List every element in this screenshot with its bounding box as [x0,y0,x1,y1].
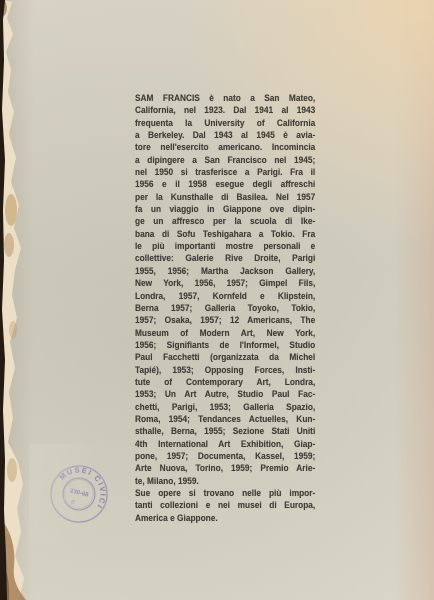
bio-line: ge un affresco per la scuola di Ike- [135,216,315,228]
bio-line: chetti, Parigi, 1953; Galleria Spazio, [135,402,315,414]
bio-line: tore nell'esercito americano. Incomincia [135,142,315,154]
bio-line: nel 1950 si trasferisce a Parigi. Fra il [135,167,315,179]
bio-line: le più importanti mostre personali e [135,241,315,253]
bio-line: fa un viaggio in Giappone ove dipin- [135,204,315,216]
bio-line: pone, 1957; Documenta, Kassel, 1959; [135,451,315,463]
bio-line: 1953; Un Art Autre, Studio Paul Fac- [135,389,315,401]
stain-blotch [5,194,17,226]
bio-line: tanti collezioni e nei musei di Europa, [135,500,315,512]
bio-line: Berna 1957; Galleria Toyoko, Tokio, [135,303,315,315]
bio-line: Paul Facchetti (organizzata da Michel [135,352,315,364]
torn-paper-edge [0,0,48,600]
bio-line: a Berkeley. Dal 1943 al 1945 è avia- [135,130,315,142]
bio-line: SAM FRANCIS è nato a San Mateo, [135,93,315,105]
bio-line: 1955, 1956; Martha Jackson Gallery, [135,266,315,278]
biography-text-block: SAM FRANCIS è nato a San Mateo, Californ… [135,93,315,525]
bio-line: Sue opere si trovano nelle più impor- [135,488,315,500]
bio-line: frequenta la University of California [135,118,315,130]
bio-line: 1956 e il 1958 esegue degli affreschi [135,179,315,191]
bio-line: Londra, 1957, Kornfeld e Klipstein, [135,291,315,303]
bio-line: Arte Nuova, Torino, 1959; Premio Arie- [135,463,315,475]
bio-line: a dipingere a San Francisco nel 1945; [135,155,315,167]
bio-line: tute of Contemporary Art, Londra, [135,377,315,389]
bio-line: bana di Sofu Teshigahara a Tokio. Fra [135,229,315,241]
bio-line: per la Kunsthalle di Basilea. Nel 1957 [135,192,315,204]
bio-line: collettive: Galerie Rive Droite, Parigi [135,253,315,265]
stain-blotch [7,458,17,482]
bio-line: 4th International Art Exhibition, Giap- [135,439,315,451]
scanned-catalog-page: SAM FRANCIS è nato a San Mateo, Californ… [0,0,434,600]
bio-line: Tapié), 1953; Opposing Forces, Insti- [135,365,315,377]
stain-blotch [9,321,17,339]
bio-line: Museum of Modern Art, New York, [135,328,315,340]
bio-line: America e Giappone. [135,513,315,525]
bio-line: New York, 1956, 1957; Gimpel Fils, [135,278,315,290]
bio-line: te, Milano, 1959. [135,476,315,488]
bio-line: California, nel 1923. Dal 1941 al 1943 [135,105,315,117]
bio-line: 1956; Signifiants de l'Informel, Studio [135,340,315,352]
bio-line: 1957; Osaka, 1957; 12 Americans, The [135,315,315,327]
bio-line: sthalle, Berna, 1955; Sezione Stati Unit… [135,426,315,438]
bio-line: Roma, 1954; Tendances Actuelles, Kun- [135,414,315,426]
stain-blotch [4,233,14,257]
